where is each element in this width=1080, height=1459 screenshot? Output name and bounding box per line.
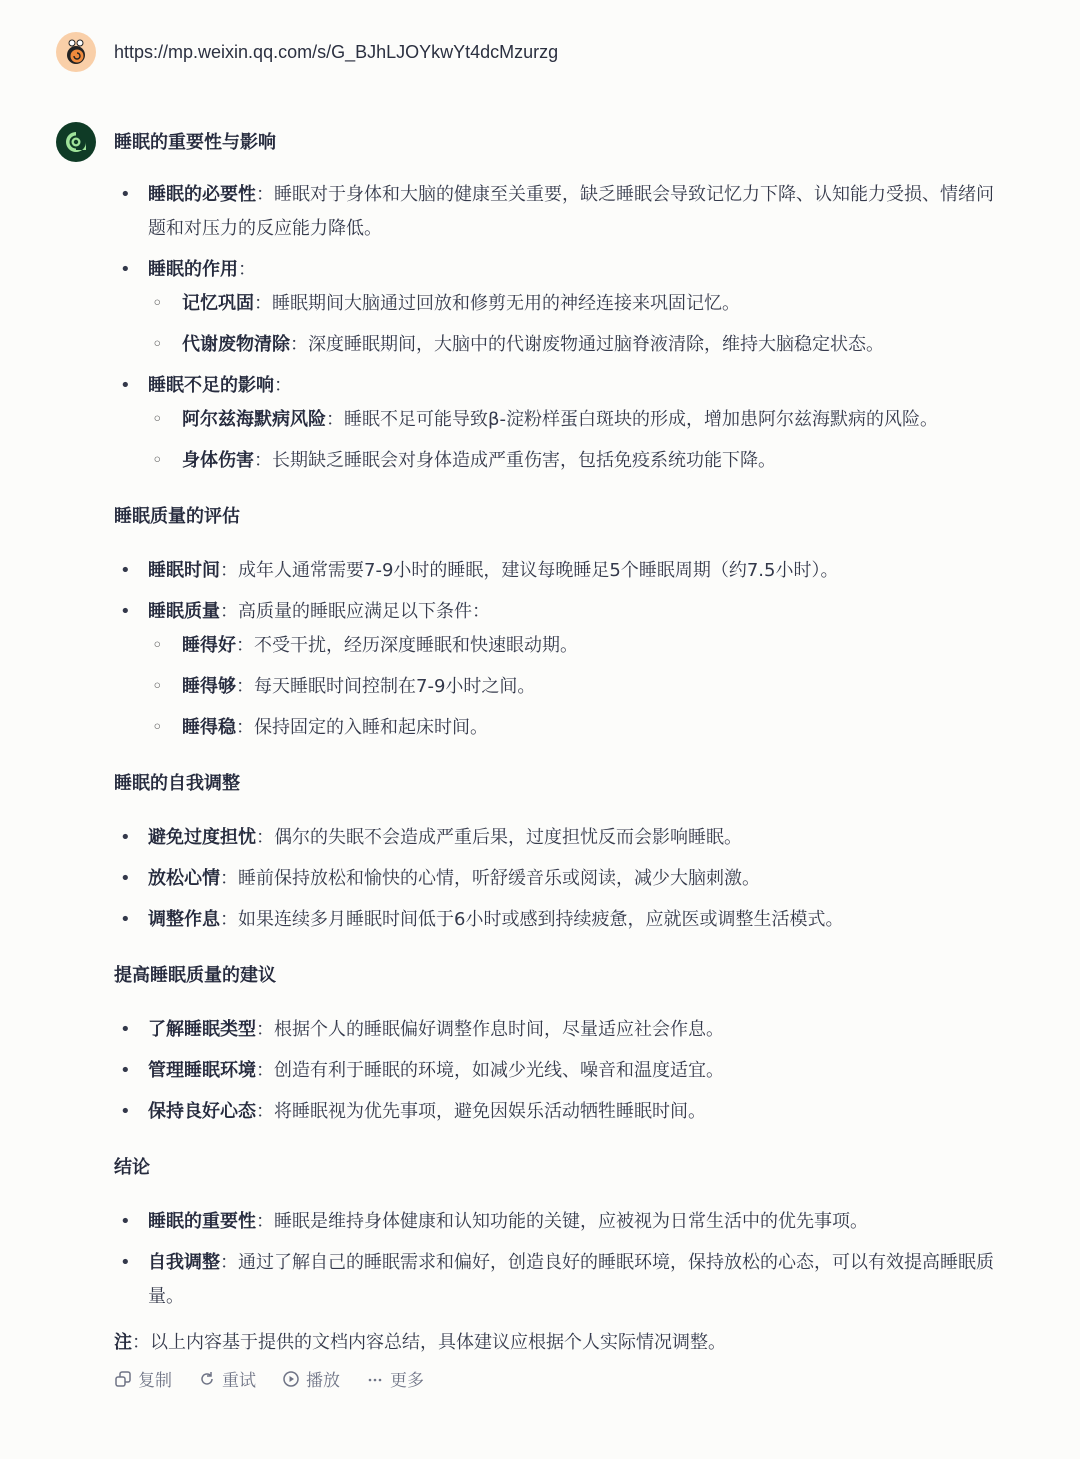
sub-item-term: 身体伤害: [182, 450, 254, 471]
list-item: 睡眠时间：成年人通常需要7-9小时的睡眠，建议每晚睡足5个睡眠周期（约7.5小时…: [114, 554, 994, 588]
user-message-url[interactable]: https://mp.weixin.qq.com/s/G_BJhLJOYkwYt…: [114, 42, 558, 63]
more-button[interactable]: 更多: [366, 1366, 424, 1391]
item-term: 睡眠质量: [148, 601, 220, 622]
item-term: 管理睡眠环境: [148, 1060, 256, 1081]
sub-item-term: 睡得稳: [182, 717, 236, 738]
item-text: ：根据个人的睡眠偏好调整作息时间，尽量适应社会作息。: [256, 1019, 724, 1040]
section: 提高睡眠质量的建议了解睡眠类型：根据个人的睡眠偏好调整作息时间，尽量适应社会作息…: [114, 963, 994, 1129]
list-item: 管理睡眠环境：创造有利于睡眠的环境，如减少光线、噪音和温度适宜。: [114, 1054, 994, 1088]
item-term: 放松心情: [148, 868, 220, 889]
item-text: ：偶尔的失眠不会造成严重后果，过度担忧反而会影响睡眠。: [256, 827, 742, 848]
item-text: ：创造有利于睡眠的环境，如减少光线、噪音和温度适宜。: [256, 1060, 724, 1081]
assistant-avatar: [56, 122, 96, 162]
list-item: 睡眠的必要性：睡眠对于身体和大脑的健康至关重要，缺乏睡眠会导致记忆力下降、认知能…: [114, 178, 994, 246]
item-term: 自我调整: [148, 1252, 220, 1273]
footnote: 注：以上内容基于提供的文档内容总结，具体建议应根据个人实际情况调整。: [114, 1326, 994, 1360]
sub-list: 记忆巩固：睡眠期间大脑通过回放和修剪无用的神经连接来巩固记忆。代谢废物清除：深度…: [114, 287, 994, 362]
sub-item-text: ：长期缺乏睡眠会对身体造成严重伤害，包括免疫系统功能下降。: [254, 450, 776, 471]
sub-item-term: 睡得好: [182, 635, 236, 656]
list-item: 调整作息：如果连续多月睡眠时间低于6小时或感到持续疲惫，应就医或调整生活模式。: [114, 903, 994, 937]
item-term: 了解睡眠类型: [148, 1019, 256, 1040]
more-icon: [366, 1370, 384, 1388]
list-item: 避免过度担忧：偶尔的失眠不会造成严重后果，过度担忧反而会影响睡眠。: [114, 821, 994, 855]
item-text: ：: [238, 259, 256, 280]
copy-icon: [114, 1370, 132, 1388]
copy-label: 复制: [138, 1366, 172, 1391]
sub-item-term: 记忆巩固: [182, 293, 254, 314]
copy-button[interactable]: 复制: [114, 1366, 172, 1391]
item-term: 睡眠不足的影响: [148, 375, 274, 396]
sub-list-item: 代谢废物清除：深度睡眠期间，大脑中的代谢废物通过脑脊液清除，维持大脑稳定状态。: [114, 328, 994, 362]
item-term: 睡眠的必要性: [148, 184, 256, 205]
assistant-response: 睡眠的重要性与影响睡眠的必要性：睡眠对于身体和大脑的健康至关重要，缺乏睡眠会导致…: [114, 130, 994, 1391]
sub-item-text: ：保持固定的入睡和起床时间。: [236, 717, 488, 738]
snail-icon: [61, 37, 91, 67]
sub-item-text: ：睡眠不足可能导致β-淀粉样蛋白斑块的形成，增加患阿尔兹海默病的风险。: [326, 409, 938, 430]
section-heading: 睡眠的自我调整: [114, 771, 994, 797]
item-term: 调整作息: [148, 909, 220, 930]
bullet-list: 睡眠的必要性：睡眠对于身体和大脑的健康至关重要，缺乏睡眠会导致记忆力下降、认知能…: [114, 178, 994, 478]
note-text: ：以上内容基于提供的文档内容总结，具体建议应根据个人实际情况调整。: [132, 1332, 726, 1353]
item-text: ：通过了解自己的睡眠需求和偏好，创造良好的睡眠环境，保持放松的心态，可以有效提高…: [148, 1252, 994, 1307]
item-term: 睡眠时间: [148, 560, 220, 581]
section: 结论睡眠的重要性：睡眠是维持身体健康和认知功能的关键，应被视为日常生活中的优先事…: [114, 1155, 994, 1314]
note-label: 注: [114, 1332, 132, 1353]
sub-item-text: ：睡眠期间大脑通过回放和修剪无用的神经连接来巩固记忆。: [254, 293, 740, 314]
sub-item-text: ：每天睡眠时间控制在7-9小时之间。: [236, 676, 535, 697]
sub-list-item: 睡得稳：保持固定的入睡和起床时间。: [114, 711, 994, 745]
play-icon: [282, 1370, 300, 1388]
item-text: ：高质量的睡眠应满足以下条件：: [220, 601, 490, 622]
sub-item-text: ：不受干扰，经历深度睡眠和快速眼动期。: [236, 635, 578, 656]
section-heading: 提高睡眠质量的建议: [114, 963, 994, 989]
bullet-list: 睡眠的重要性：睡眠是维持身体健康和认知功能的关键，应被视为日常生活中的优先事项。…: [114, 1205, 994, 1314]
more-label: 更多: [390, 1366, 424, 1391]
sub-item-term: 代谢废物清除: [182, 334, 290, 355]
bullet-list: 睡眠时间：成年人通常需要7-9小时的睡眠，建议每晚睡足5个睡眠周期（约7.5小时…: [114, 554, 994, 745]
item-text: ：将睡眠视为优先事项，避免因娱乐活动牺牲睡眠时间。: [256, 1101, 706, 1122]
section: 睡眠的重要性与影响睡眠的必要性：睡眠对于身体和大脑的健康至关重要，缺乏睡眠会导致…: [114, 130, 994, 478]
section-heading: 睡眠的重要性与影响: [114, 130, 994, 156]
bullet-list: 避免过度担忧：偶尔的失眠不会造成严重后果，过度担忧反而会影响睡眠。放松心情：睡前…: [114, 821, 994, 937]
sub-item-term: 阿尔兹海默病风险: [182, 409, 326, 430]
retry-button[interactable]: 重试: [198, 1366, 256, 1391]
sub-item-term: 睡得够: [182, 676, 236, 697]
sub-list-item: 阿尔兹海默病风险：睡眠不足可能导致β-淀粉样蛋白斑块的形成，增加患阿尔兹海默病的…: [114, 403, 994, 437]
spiral-logo-icon: [63, 129, 89, 155]
sub-list-item: 睡得好：不受干扰，经历深度睡眠和快速眼动期。: [114, 629, 994, 663]
user-avatar: [56, 32, 96, 72]
sub-list: 睡得好：不受干扰，经历深度睡眠和快速眼动期。睡得够：每天睡眠时间控制在7-9小时…: [114, 629, 994, 745]
list-item: 保持良好心态：将睡眠视为优先事项，避免因娱乐活动牺牲睡眠时间。: [114, 1095, 994, 1129]
list-item: 睡眠的作用：记忆巩固：睡眠期间大脑通过回放和修剪无用的神经连接来巩固记忆。代谢废…: [114, 253, 994, 362]
bullet-list: 了解睡眠类型：根据个人的睡眠偏好调整作息时间，尽量适应社会作息。管理睡眠环境：创…: [114, 1013, 994, 1129]
item-text: ：如果连续多月睡眠时间低于6小时或感到持续疲惫，应就医或调整生活模式。: [220, 909, 843, 930]
sub-list-item: 记忆巩固：睡眠期间大脑通过回放和修剪无用的神经连接来巩固记忆。: [114, 287, 994, 321]
message-actions: 复制重试播放更多: [114, 1366, 994, 1391]
item-term: 睡眠的重要性: [148, 1211, 256, 1232]
assistant-avatar-row: [56, 122, 96, 162]
retry-icon: [198, 1370, 216, 1388]
section: 睡眠质量的评估睡眠时间：成年人通常需要7-9小时的睡眠，建议每晚睡足5个睡眠周期…: [114, 504, 994, 745]
play-label: 播放: [306, 1366, 340, 1391]
user-message: https://mp.weixin.qq.com/s/G_BJhLJOYkwYt…: [56, 32, 558, 72]
sub-list-item: 身体伤害：长期缺乏睡眠会对身体造成严重伤害，包括免疫系统功能下降。: [114, 444, 994, 478]
item-text: ：睡前保持放松和愉快的心情，听舒缓音乐或阅读，减少大脑刺激。: [220, 868, 760, 889]
play-button[interactable]: 播放: [282, 1366, 340, 1391]
list-item: 睡眠质量：高质量的睡眠应满足以下条件：睡得好：不受干扰，经历深度睡眠和快速眼动期…: [114, 595, 994, 745]
item-text: ：睡眠对于身体和大脑的健康至关重要，缺乏睡眠会导致记忆力下降、认知能力受损、情绪…: [148, 184, 994, 239]
sub-list-item: 睡得够：每天睡眠时间控制在7-9小时之间。: [114, 670, 994, 704]
item-text: ：: [274, 375, 292, 396]
list-item: 放松心情：睡前保持放松和愉快的心情，听舒缓音乐或阅读，减少大脑刺激。: [114, 862, 994, 896]
sub-item-text: ：深度睡眠期间，大脑中的代谢废物通过脑脊液清除，维持大脑稳定状态。: [290, 334, 884, 355]
item-term: 保持良好心态: [148, 1101, 256, 1122]
section-heading: 睡眠质量的评估: [114, 504, 994, 530]
item-term: 睡眠的作用: [148, 259, 238, 280]
retry-label: 重试: [222, 1366, 256, 1391]
list-item: 睡眠不足的影响：阿尔兹海默病风险：睡眠不足可能导致β-淀粉样蛋白斑块的形成，增加…: [114, 369, 994, 478]
list-item: 了解睡眠类型：根据个人的睡眠偏好调整作息时间，尽量适应社会作息。: [114, 1013, 994, 1047]
item-text: ：成年人通常需要7-9小时的睡眠，建议每晚睡足5个睡眠周期（约7.5小时）。: [220, 560, 838, 581]
list-item: 睡眠的重要性：睡眠是维持身体健康和认知功能的关键，应被视为日常生活中的优先事项。: [114, 1205, 994, 1239]
item-term: 避免过度担忧: [148, 827, 256, 848]
item-text: ：睡眠是维持身体健康和认知功能的关键，应被视为日常生活中的优先事项。: [256, 1211, 868, 1232]
sub-list: 阿尔兹海默病风险：睡眠不足可能导致β-淀粉样蛋白斑块的形成，增加患阿尔兹海默病的…: [114, 403, 994, 478]
section: 睡眠的自我调整避免过度担忧：偶尔的失眠不会造成严重后果，过度担忧反而会影响睡眠。…: [114, 771, 994, 937]
section-heading: 结论: [114, 1155, 994, 1181]
list-item: 自我调整：通过了解自己的睡眠需求和偏好，创造良好的睡眠环境，保持放松的心态，可以…: [114, 1246, 994, 1314]
